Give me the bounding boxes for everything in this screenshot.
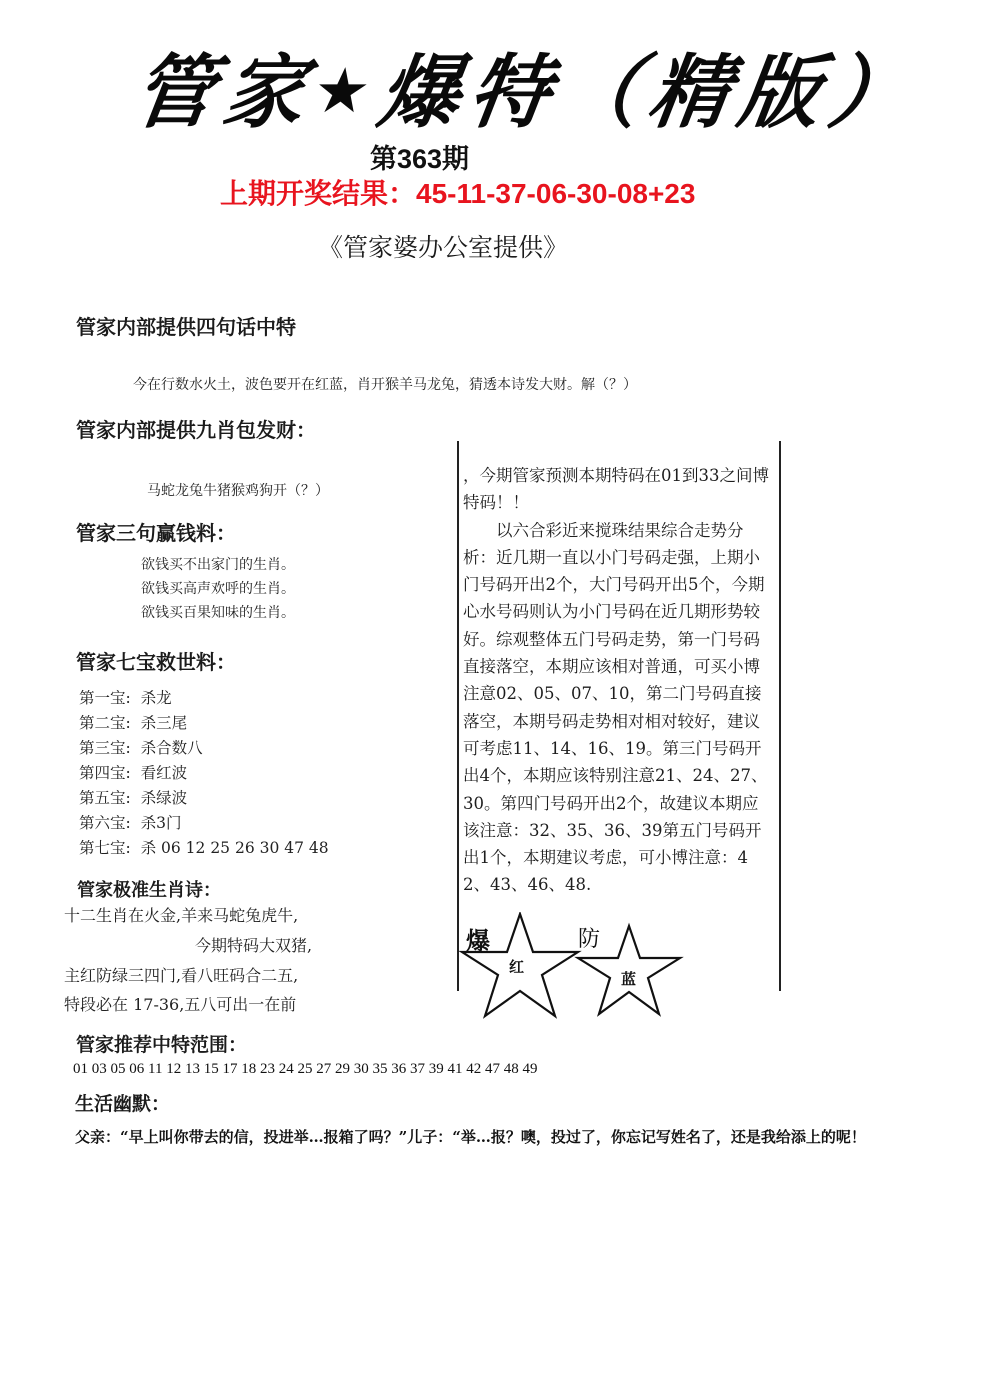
nine-zodiac-heading: 管家内部提供九肖包发财：: [76, 414, 316, 443]
recommended-range-heading: 管家推荐中特范围：: [76, 1030, 247, 1057]
seven-treasures-heading: 管家七宝救世料：: [76, 646, 236, 675]
provider-line: 《管家婆办公室提供》: [318, 228, 568, 264]
treasure-label: 第五宝:: [79, 789, 131, 807]
treasure-value: 杀合数八: [141, 739, 203, 757]
zodiac-poem-line: 今期特码大双猪,: [195, 931, 312, 961]
analysis-para-1: ，今期管家预测本期特码在01到33之间博特码！！: [463, 462, 773, 517]
treasure-value: 杀绿波: [141, 789, 188, 807]
humor-text: 父亲：“早上叫你带去的信，投进举…报箱了吗？”儿子：“举…报？噢，投过了，你忘记…: [75, 1126, 945, 1149]
analysis-para-2: 以六合彩近来搅珠结果综合走势分析：近几期一直以小门号码走强，上期小门号码开出2个…: [463, 517, 773, 899]
four-sentences-heading: 管家内部提供四句话中特: [76, 311, 296, 340]
treasure-label: 第六宝:: [79, 814, 131, 832]
treasure-value: 看红波: [141, 764, 188, 782]
zodiac-poem-line: 十二生肖在火金,羊来马蛇兔虎牛,: [64, 901, 298, 931]
zodiac-poem-line: 特段必在 17-36,五八可出一在前: [64, 990, 296, 1020]
three-sentences-line: 欲钱买高声欢呼的生肖。: [141, 577, 295, 601]
star-icon: ★: [309, 54, 385, 127]
treasure-item: 第五宝: 杀绿波: [79, 786, 329, 811]
nine-zodiac-text: 马蛇龙兔牛猪猴鸡狗开（？）: [147, 480, 329, 500]
last-result-numbers: 45-11-37-06-30-08+23: [416, 178, 695, 209]
treasure-label: 第三宝:: [79, 739, 131, 757]
three-sentences-line: 欲钱买百果知味的生肖。: [141, 601, 295, 625]
zodiac-poem-heading: 管家极准生肖诗：: [77, 876, 221, 902]
banner-title-part2: 爆特（精版）: [373, 46, 926, 139]
four-sentences-text: 今在行数水火土，波色要开在红蓝，肖开猴羊马龙兔，猜透本诗发大财。解（？）: [133, 374, 637, 394]
banner-title: 管家★爆特（精版）: [127, 28, 929, 143]
issue-number: 第363期: [370, 137, 469, 176]
treasure-value: 杀三尾: [141, 714, 188, 732]
humor-heading: 生活幽默：: [75, 1089, 170, 1116]
seven-treasures-list: 第一宝: 杀龙 第二宝: 杀三尾 第三宝: 杀合数八 第四宝: 看红波 第五宝:…: [79, 686, 329, 861]
treasure-value: 杀3门: [141, 814, 182, 832]
treasure-item: 第四宝: 看红波: [79, 761, 329, 786]
treasure-value: 杀龙: [141, 689, 172, 707]
three-sentences-line: 欲钱买不出家门的生肖。: [141, 553, 295, 577]
analysis-box-text: ，今期管家预测本期特码在01到33之间博特码！！ 以六合彩近来搅珠结果综合走势分…: [463, 462, 773, 899]
last-result: 上期开奖结果：45-11-37-06-30-08+23: [220, 172, 695, 212]
last-result-label: 上期开奖结果：: [220, 178, 416, 209]
treasure-item: 第二宝: 杀三尾: [79, 711, 329, 736]
star-label-blue: 蓝: [621, 968, 636, 989]
zodiac-poem-line: 主红防绿三四门,看八旺码合二五,: [64, 961, 298, 991]
three-sentences-list: 欲钱买不出家门的生肖。 欲钱买高声欢呼的生肖。 欲钱买百果知味的生肖。: [141, 553, 295, 625]
treasure-label: 第二宝:: [79, 714, 131, 732]
treasure-label: 第一宝:: [79, 689, 131, 707]
treasure-value: 杀 06 12 25 26 30 47 48: [141, 839, 329, 857]
treasure-item: 第三宝: 杀合数八: [79, 736, 329, 761]
star-icon: [458, 912, 698, 1022]
recommended-range-numbers: 01 03 05 06 11 12 13 15 17 18 23 24 25 2…: [73, 1061, 537, 1078]
treasure-item: 第七宝: 杀 06 12 25 26 30 47 48: [79, 836, 329, 861]
treasure-item: 第一宝: 杀龙: [79, 686, 329, 711]
treasure-label: 第七宝:: [79, 839, 131, 857]
star-label-red: 红: [509, 956, 524, 977]
three-sentences-heading: 管家三句赢钱料：: [76, 517, 236, 546]
treasure-label: 第四宝:: [79, 764, 131, 782]
banner-title-part1: 管家: [127, 46, 320, 139]
treasure-item: 第六宝: 杀3门: [79, 811, 329, 836]
